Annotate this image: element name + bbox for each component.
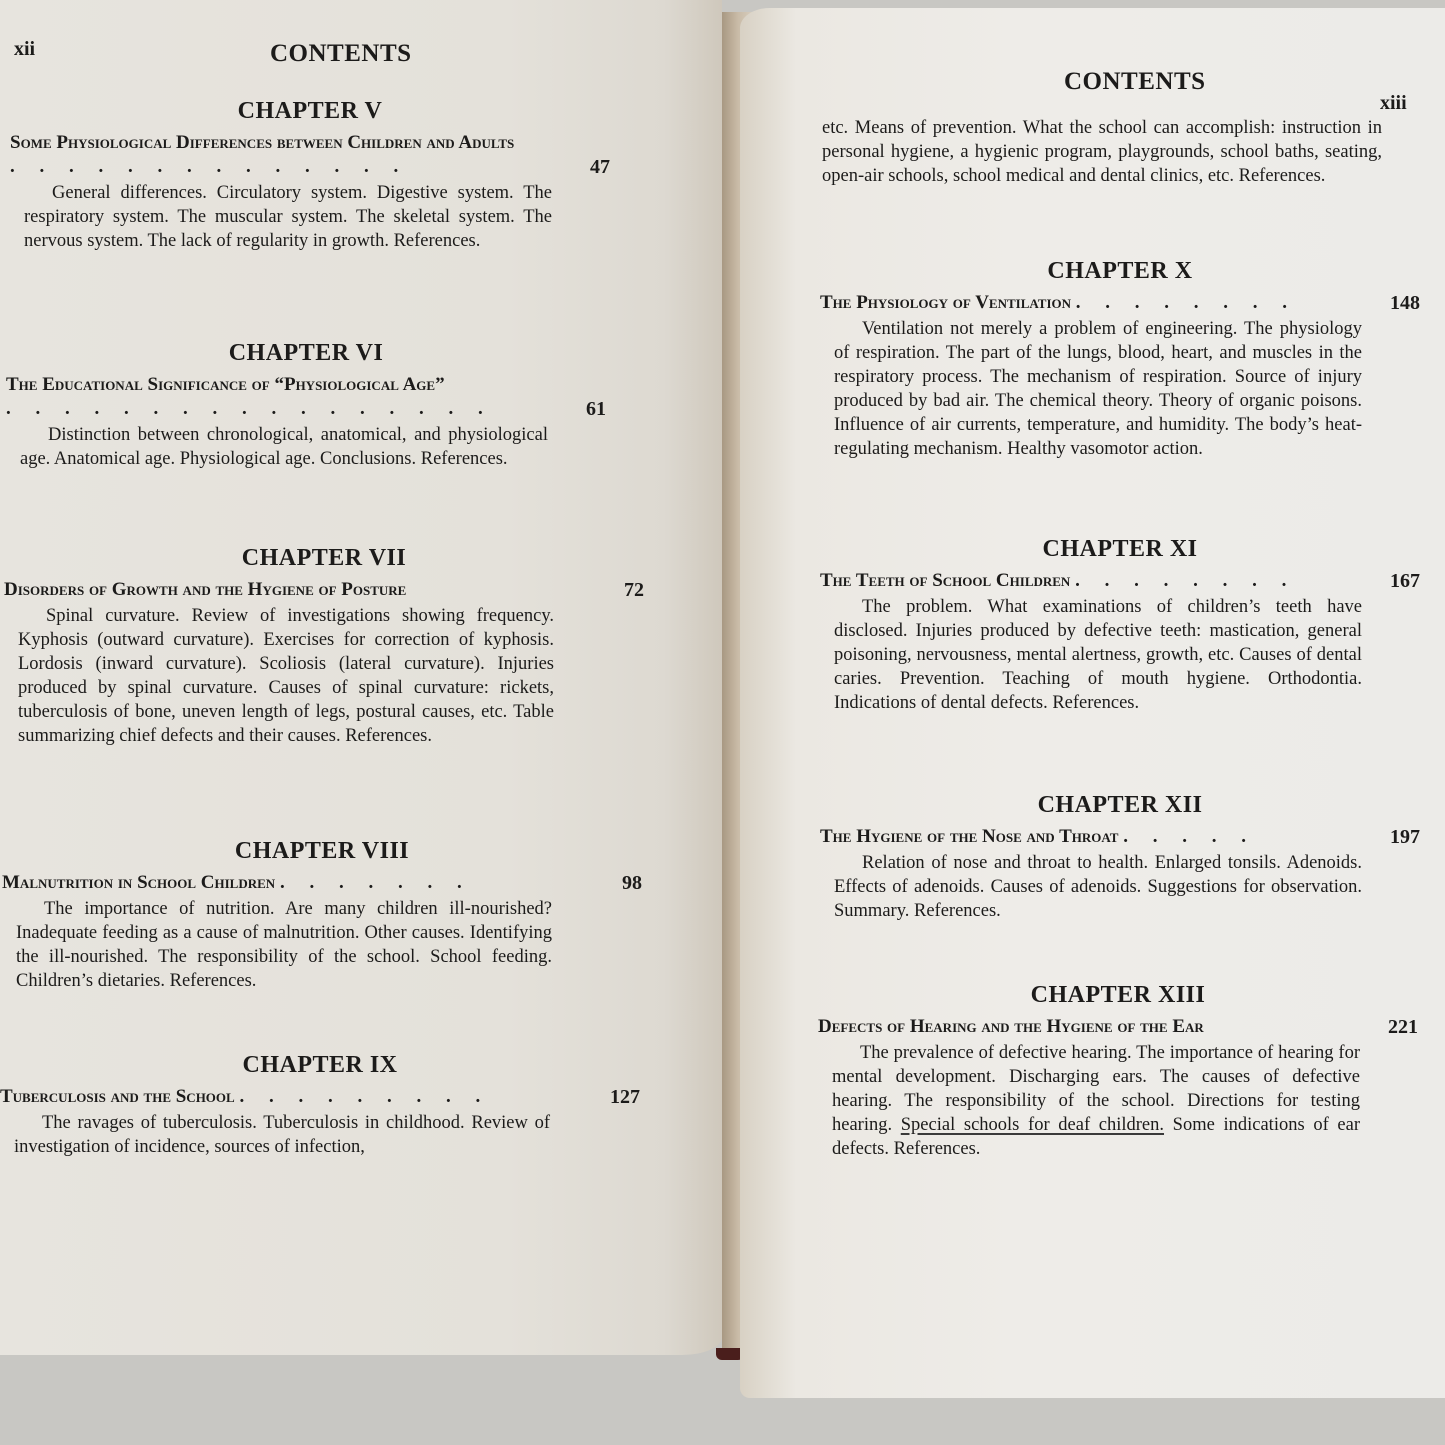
chapter-ix: CHAPTER IX Tuberculosis and the School .… <box>0 1052 640 1159</box>
dot-leader: . . . . . <box>1123 826 1256 847</box>
chapter-title: The Teeth of School Children <box>820 570 1070 591</box>
chapter-title: Some Physiological Differences between C… <box>10 132 514 153</box>
chapter-x: CHAPTER X The Physiology of Ventilation … <box>820 258 1420 461</box>
chapter-heading: CHAPTER XII <box>820 792 1420 819</box>
toc-entry[interactable]: Defects of Hearing and the Hygiene of th… <box>818 1015 1418 1039</box>
dot-leader: . . . . . . . . <box>1076 292 1297 313</box>
dot-leader: . . . . . . . . . <box>239 1086 490 1107</box>
chapter-summary: The problem. What examinations of childr… <box>820 595 1420 715</box>
page-number: 98 <box>622 871 642 895</box>
chapter-vi: CHAPTER VI The Educational Significance … <box>6 340 606 471</box>
dot-leader: . . . . . . . . <box>1075 570 1296 591</box>
chapter-heading: CHAPTER VIII <box>2 838 642 865</box>
toc-entry[interactable]: Tuberculosis and the School . . . . . . … <box>0 1085 640 1109</box>
chapter-summary: Relation of nose and throat to health. E… <box>820 851 1420 923</box>
toc-entry[interactable]: The Hygiene of the Nose and Throat . . .… <box>820 825 1420 849</box>
chapter-heading: CHAPTER X <box>820 258 1420 285</box>
toc-entry[interactable]: Disorders of Growth and the Hygiene of P… <box>4 578 644 602</box>
dot-leader: . . . . . . . . . . . . . . . . . <box>6 398 493 419</box>
page-number: 72 <box>624 578 644 602</box>
dot-leader: . . . . . . . . . . . . . . <box>10 156 408 177</box>
chapter-title: The Physiology of Ventilation <box>820 292 1071 313</box>
chapter-vii: CHAPTER VII Disorders of Growth and the … <box>4 545 644 748</box>
dot-leader: . . . . . . . <box>280 872 472 893</box>
pencil-underlined-text: Special schools for deaf children. <box>901 1115 1164 1135</box>
chapter-summary: Ventilation not merely a problem of engi… <box>820 317 1420 461</box>
page-number: 148 <box>1390 291 1420 315</box>
page-folio: xiii <box>1380 92 1407 115</box>
chapter-title: Defects of Hearing and the Hygiene of th… <box>818 1016 1204 1037</box>
page-number: 127 <box>610 1085 640 1109</box>
page-number: 61 <box>586 397 606 421</box>
chapter-xiii: CHAPTER XIII Defects of Hearing and the … <box>818 982 1418 1161</box>
chapter-heading: CHAPTER V <box>10 98 610 125</box>
toc-entry[interactable]: The Physiology of Ventilation . . . . . … <box>820 291 1420 315</box>
page-number: 167 <box>1390 569 1420 593</box>
running-head: CONTENTS <box>1064 68 1206 96</box>
chapter-summary: The prevalence of defective hearing. The… <box>818 1041 1418 1161</box>
left-page: xii CONTENTS CHAPTER V Some Physiologica… <box>0 0 722 1355</box>
chapter-title: The Hygiene of the Nose and Throat <box>820 826 1118 847</box>
right-page: CONTENTS xiii etc. Means of prevention. … <box>740 8 1445 1398</box>
chapter-summary: Distinction between chronological, anato… <box>6 423 606 471</box>
running-head: CONTENTS <box>270 40 412 68</box>
toc-entry[interactable]: Malnutrition in School Children . . . . … <box>2 871 642 895</box>
chapter-heading: CHAPTER VI <box>6 340 606 367</box>
chapter-title: Malnutrition in School Children <box>2 872 275 893</box>
chapter-v: CHAPTER V Some Physiological Differences… <box>10 98 610 253</box>
book-photo: xii CONTENTS CHAPTER V Some Physiologica… <box>0 0 1445 1445</box>
toc-entry[interactable]: The Teeth of School Children . . . . . .… <box>820 569 1420 593</box>
chapter-heading: CHAPTER XI <box>820 536 1420 563</box>
chapter-summary: Spinal curvature. Review of investigatio… <box>4 604 644 748</box>
chapter-heading: CHAPTER XIII <box>818 982 1418 1009</box>
chapter-xii: CHAPTER XII The Hygiene of the Nose and … <box>820 792 1420 923</box>
chapter-summary-continuation: etc. Means of prevention. What the schoo… <box>822 116 1382 188</box>
chapter-heading: CHAPTER VII <box>4 545 644 572</box>
chapter-title: The Educational Significance of “Physiol… <box>6 374 445 395</box>
page-number: 221 <box>1388 1015 1418 1039</box>
page-folio: xii <box>14 38 35 61</box>
chapter-summary: General differences. Circulatory system.… <box>10 181 610 253</box>
chapter-viii: CHAPTER VIII Malnutrition in School Chil… <box>2 838 642 993</box>
chapter-title: Tuberculosis and the School <box>0 1086 235 1107</box>
page-number: 197 <box>1390 825 1420 849</box>
chapter-heading: CHAPTER IX <box>0 1052 640 1079</box>
page-number: 47 <box>590 155 610 179</box>
chapter-title: Disorders of Growth and the Hygiene of P… <box>4 579 406 600</box>
chapter-xi: CHAPTER XI The Teeth of School Children … <box>820 536 1420 715</box>
toc-entry[interactable]: Some Physiological Differences between C… <box>10 131 610 179</box>
toc-entry[interactable]: The Educational Significance of “Physiol… <box>6 373 606 421</box>
chapter-summary: The ravages of tuberculosis. Tuberculosi… <box>0 1111 640 1159</box>
chapter-summary: The importance of nutrition. Are many ch… <box>2 897 642 993</box>
